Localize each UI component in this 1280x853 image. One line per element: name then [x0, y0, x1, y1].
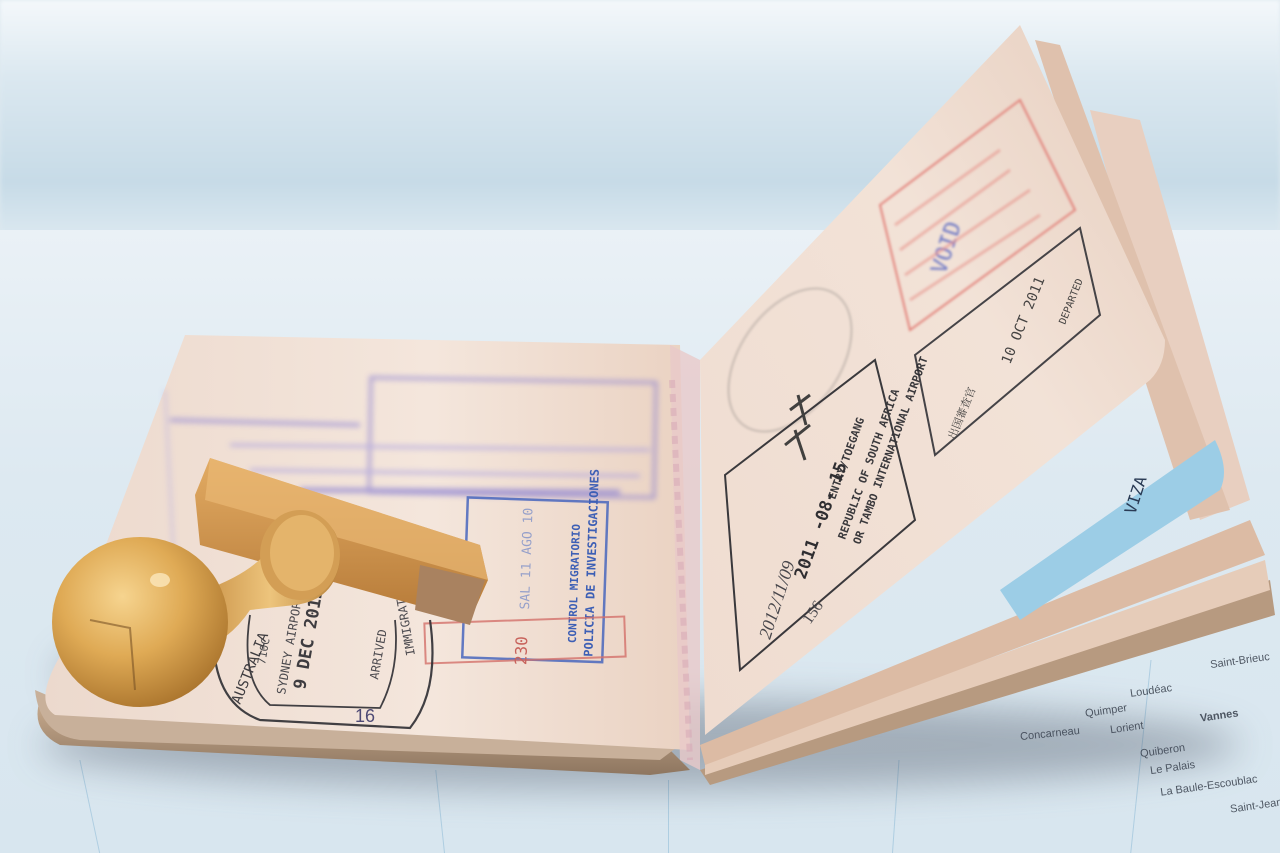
svg-text:230: 230 [511, 636, 531, 666]
svg-text:16: 16 [355, 706, 375, 726]
passport-illustration: POLICIA DE INVESTIGACIONES CONTROL MIGRA… [0, 0, 1280, 853]
photo-scene: Saint-Brieuc Loudéac Quimper Vannes Lori… [0, 0, 1280, 853]
